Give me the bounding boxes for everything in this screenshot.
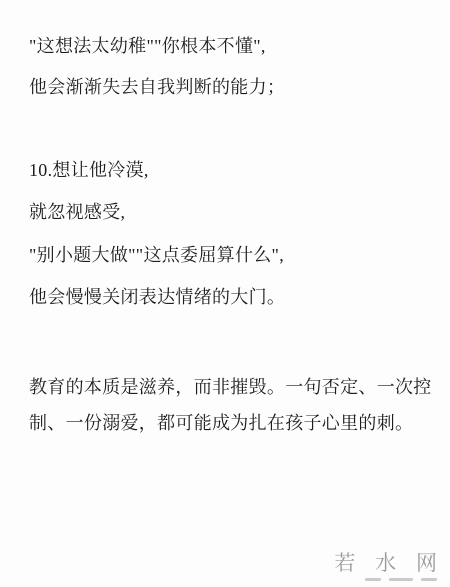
watermark-subtext [334,577,437,581]
consequence-line-judgement: 他会渐渐失去自我判断的能力； [29,78,440,98]
watermark: 若 水 网 [334,553,437,581]
consequence-line-emotions: 他会慢慢关闭表达情绪的大门。 [29,288,440,308]
closing-paragraph-line-1: 教育的本质是滋养，而非摧毁。一句否定、一次控 [29,378,440,398]
watermark-site-name: 若 水 网 [334,553,444,574]
watermark-subtext-segment [421,578,437,581]
quote-line-belittle: "别小题大做""这点委屈算什么", [29,246,440,266]
watermark-subtext-segment [389,578,413,581]
list-item-10-title: 10.想让他冷漠, [29,161,440,181]
document-page: "这想法太幼稚""你根本不懂", 他会渐渐失去自我判断的能力； 10.想让他冷漠… [0,0,450,587]
watermark-subtext-segment [365,578,381,581]
closing-paragraph-line-2: 制、一份溺爱，都可能成为扎在孩子心里的刺。 [29,414,440,434]
list-item-10-method: 就忽视感受, [29,203,440,223]
quote-line-dismissive: "这想法太幼稚""你根本不懂", [29,37,440,57]
